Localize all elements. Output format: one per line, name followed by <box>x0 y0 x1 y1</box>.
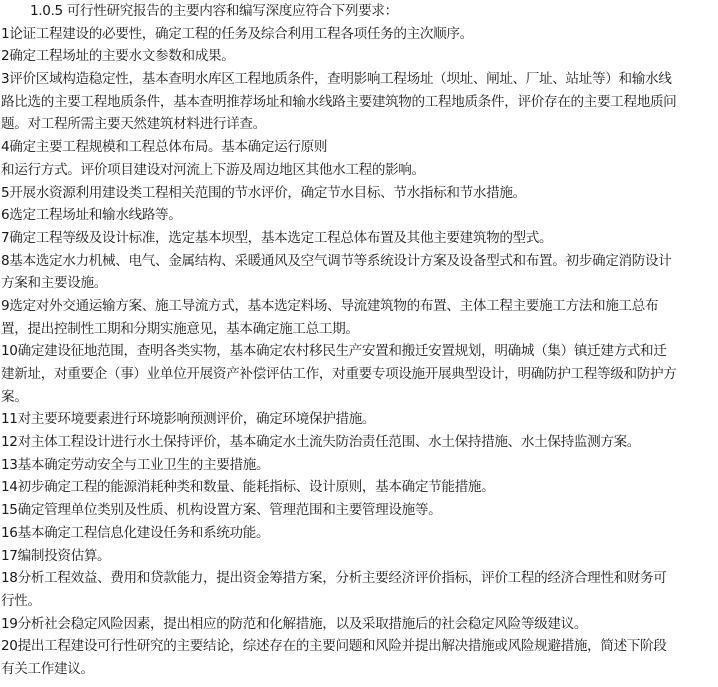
list-item-line: 10确定建设征地范围，查明各类实物，基本确定农村移民生产安置和搬迁安置规划，明确… <box>1 340 718 363</box>
list-item-11: 11对主要环境要素进行环境影响预测评价，确定环境保护措施。 <box>1 408 718 431</box>
list-item-16: 16基本确定工程信息化建设任务和系统功能。 <box>1 522 718 545</box>
list-item-2: 2确定工程场址的主要水文参数和成果。 <box>1 45 718 68</box>
list-item-3: 3评价区域构造稳定性，基本查明水库区工程地质条件，查明影响工程场址（坝址、闸址、… <box>1 68 718 136</box>
list-item-line: 4确定主要工程规模和工程总体布局。基本确定运行原则 <box>1 136 718 159</box>
list-item-line: 6选定工程场址和输水线路等。 <box>1 204 718 227</box>
list-item-14: 14初步确定工程的能源消耗种类和数量、能耗指标、设计原则，基本确定节能措施。 <box>1 476 718 499</box>
list-item-line: 行性。 <box>1 590 718 613</box>
list-item-line: 12对主体工程设计进行水土保持评价，基本确定水土流失防治责任范围、水土保持措施、… <box>1 431 718 454</box>
list-item-line: 路比选的主要工程地质条件，基本查明推荐场址和输水线路主要建筑物的工程地质条件，评… <box>1 91 718 114</box>
list-item-line: 3评价区域构造稳定性，基本查明水库区工程地质条件，查明影响工程场址（坝址、闸址、… <box>1 68 718 91</box>
list-item-9: 9选定对外交通运输方案、施工导流方式，基本选定料场、导流建筑物的布置、主体工程主… <box>1 295 718 340</box>
list-item-line: 和运行方式。评价项目建设对河流上下游及周边地区其他水工程的影响。 <box>1 159 718 182</box>
list-item-line: 9选定对外交通运输方案、施工导流方式，基本选定料场、导流建筑物的布置、主体工程主… <box>1 295 718 318</box>
list-item-17: 17编制投资估算。 <box>1 545 718 568</box>
list-item-line: 16基本确定工程信息化建设任务和系统功能。 <box>1 522 718 545</box>
list-item-line: 14初步确定工程的能源消耗种类和数量、能耗指标、设计原则，基本确定节能措施。 <box>1 476 718 499</box>
clause-heading: 1.0.5 可行性研究报告的主要内容和编写深度应符合下列要求： <box>1 0 718 23</box>
document-body: 1.0.5 可行性研究报告的主要内容和编写深度应符合下列要求： 1论证工程建设的… <box>0 0 718 681</box>
list-item-line: 7确定工程等级及设计标准，选定基本坝型，基本选定工程总体布置及其他主要建筑物的型… <box>1 227 718 250</box>
list-item-4: 4确定主要工程规模和工程总体布局。基本确定运行原则 和运行方式。评价项目建设对河… <box>1 136 718 181</box>
list-item-line: 置，提出控制性工期和分期实施意见，基本确定施工总工期。 <box>1 318 718 341</box>
list-item-line: 17编制投资估算。 <box>1 545 718 568</box>
list-item-line: 8基本选定水力机械、电气、金属结构、采暖通风及空气调节等系统设计方案及设备型式和… <box>1 250 718 273</box>
list-item-line: 有关工作建议。 <box>1 658 718 681</box>
list-item-18: 18分析工程效益、费用和贷款能力，提出资金筹措方案，分析主要经济评价指标，评价工… <box>1 567 718 612</box>
list-item-line: 案。 <box>1 386 718 409</box>
list-item-13: 13基本确定劳动安全与工业卫生的主要措施。 <box>1 454 718 477</box>
list-item-line: 1论证工程建设的必要性，确定工程的任务及综合利用工程各项任务的主次顺序。 <box>1 23 718 46</box>
list-item-line: 题。对工程所需主要天然建筑材料进行详查。 <box>1 113 718 136</box>
list-item-6: 6选定工程场址和输水线路等。 <box>1 204 718 227</box>
list-item-10: 10确定建设征地范围，查明各类实物，基本确定农村移民生产安置和搬迁安置规划，明确… <box>1 340 718 408</box>
list-item-line: 20提出工程建设可行性研究的主要结论，综述存在的主要问题和风险并提出解决措施或风… <box>1 635 718 658</box>
list-item-5: 5开展水资源利用建设类工程相关范围的节水评价，确定节水目标、节水指标和节水措施。 <box>1 182 718 205</box>
list-item-8: 8基本选定水力机械、电气、金属结构、采暖通风及空气调节等系统设计方案及设备型式和… <box>1 250 718 295</box>
list-item-line: 13基本确定劳动安全与工业卫生的主要措施。 <box>1 454 718 477</box>
list-item-7: 7确定工程等级及设计标准，选定基本坝型，基本选定工程总体布置及其他主要建筑物的型… <box>1 227 718 250</box>
list-item-line: 11对主要环境要素进行环境影响预测评价，确定环境保护措施。 <box>1 408 718 431</box>
list-item-20: 20提出工程建设可行性研究的主要结论，综述存在的主要问题和风险并提出解决措施或风… <box>1 635 718 680</box>
list-item-15: 15确定管理单位类别及性质、机构设置方案、管理范围和主要管理设施等。 <box>1 499 718 522</box>
list-item-1: 1论证工程建设的必要性，确定工程的任务及综合利用工程各项任务的主次顺序。 <box>1 23 718 46</box>
list-item-12: 12对主体工程设计进行水土保持评价，基本确定水土流失防治责任范围、水土保持措施、… <box>1 431 718 454</box>
list-item-line: 方案和主要设施。 <box>1 272 718 295</box>
list-item-line: 建新址，对重要企（事）业单位开展资产补偿评估工作，对重要专项设施开展典型设计，明… <box>1 363 718 386</box>
list-item-line: 2确定工程场址的主要水文参数和成果。 <box>1 45 718 68</box>
list-item-19: 19分析社会稳定风险因素，提出相应的防范和化解措施，以及采取措施后的社会稳定风险… <box>1 613 718 636</box>
list-item-line: 18分析工程效益、费用和贷款能力，提出资金筹措方案，分析主要经济评价指标，评价工… <box>1 567 718 590</box>
list-item-line: 15确定管理单位类别及性质、机构设置方案、管理范围和主要管理设施等。 <box>1 499 718 522</box>
list-item-line: 19分析社会稳定风险因素，提出相应的防范和化解措施，以及采取措施后的社会稳定风险… <box>1 613 718 636</box>
list-item-line: 5开展水资源利用建设类工程相关范围的节水评价，确定节水目标、节水指标和节水措施。 <box>1 182 718 205</box>
